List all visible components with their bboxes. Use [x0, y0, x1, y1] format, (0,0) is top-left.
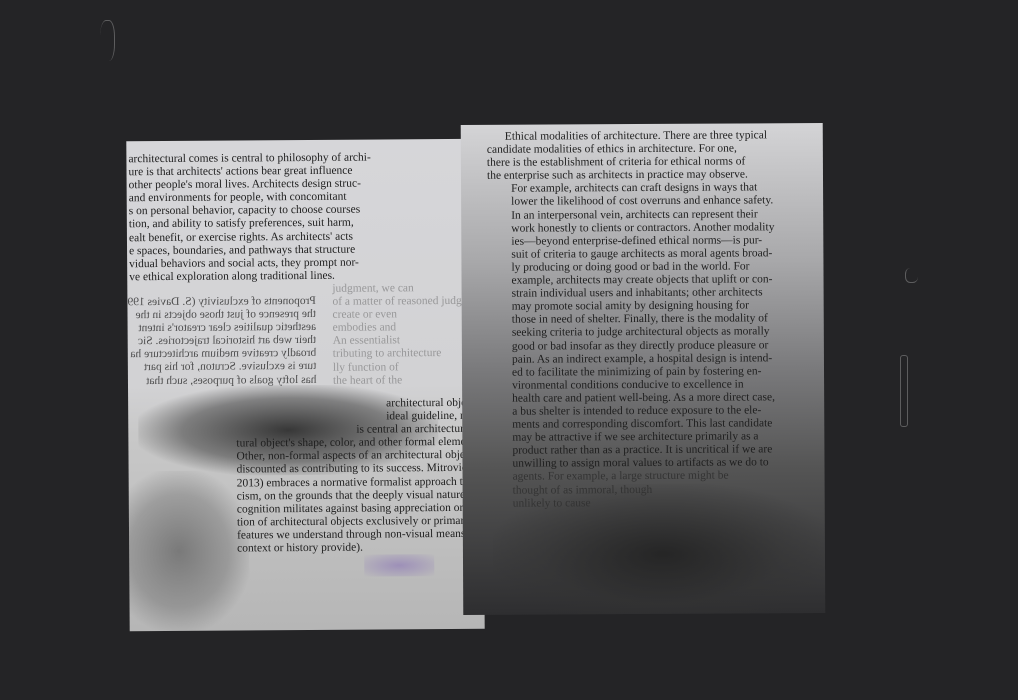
- text-line: 2013) embraces a normative formalist app…: [237, 475, 485, 490]
- text-line: good or bad insofar as they directly pro…: [472, 339, 775, 354]
- mirrored-line: the presence of just those objects in th…: [127, 308, 316, 322]
- text-line: discounted as contributing to its succes…: [237, 462, 485, 477]
- text-line: context or history provide).: [237, 541, 485, 556]
- text-line: unlikely to cause: [473, 496, 776, 511]
- text-line: work honestly to clients or contractors.…: [471, 221, 774, 236]
- text-line: ealt benefit, or exercise rights. As arc…: [129, 230, 371, 245]
- mirrored-line: aesthetic qualities clear creator's inte…: [128, 321, 317, 335]
- text-line: tion, and ability to satisfy preferences…: [129, 217, 371, 232]
- background-scratch: [900, 355, 908, 427]
- text-line: seeking criteria to judge architectural …: [472, 326, 775, 341]
- background-scratch: [100, 20, 115, 61]
- text-line: features we understand through non-visua…: [237, 528, 485, 543]
- text-line: ed to facilitate the minimizing of pain …: [472, 365, 775, 380]
- left-page-lower-text: architectural object ideal guideline, na…: [236, 397, 485, 556]
- text-line: e spaces, boundaries, and pathways that …: [129, 243, 371, 258]
- text-line: unwilling to assign moral values to arti…: [472, 457, 775, 472]
- text-line: lower the likelihood of cost overruns an…: [471, 195, 774, 210]
- mirrored-text-block: Proponents of exclusivity (S. Davies 199…: [127, 295, 316, 388]
- right-page-text-block: Ethical modalities of architecture. Ther…: [471, 129, 776, 510]
- background-scratch: [905, 268, 918, 283]
- purple-ink-mark: [364, 554, 434, 576]
- text-line: In an interpersonal vein, architects can…: [471, 208, 774, 223]
- text-line: pain. As an indirect example, a hospital…: [472, 352, 775, 367]
- mirrored-line: has lofty goals of purposes, such that: [128, 373, 317, 387]
- left-page-text-block: architectural comes is central to philos…: [128, 152, 371, 285]
- mirrored-line: broadly creative medium architecture ha: [128, 347, 317, 361]
- mirrored-line: Proponents of exclusivity (S. Davies 199: [127, 295, 316, 309]
- mirrored-line: their web art historical trajectories. S…: [128, 334, 317, 348]
- text-line: cism, on the grounds that the deeply vis…: [237, 488, 485, 503]
- left-page: architectural comes is central to philos…: [126, 139, 484, 631]
- mirrored-line: ture is exclusive. Scruton, for his part: [128, 360, 317, 374]
- right-page: Ethical modalities of architecture. Ther…: [461, 123, 826, 615]
- ink-smudge: [126, 470, 249, 631]
